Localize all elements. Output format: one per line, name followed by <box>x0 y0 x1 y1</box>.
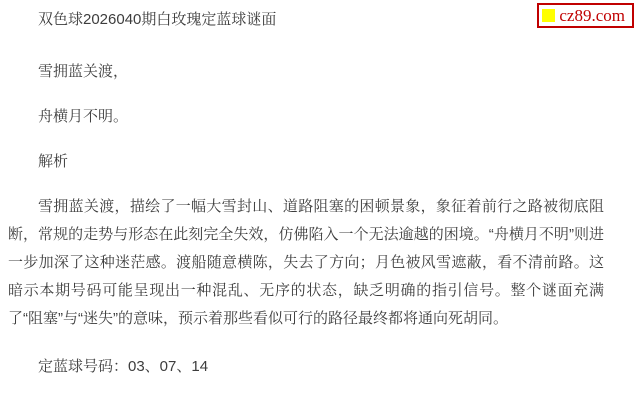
site-logo[interactable]: cz89.com <box>537 3 634 28</box>
analysis-paragraph: 雪拥蓝关渡，描绘了一幅大雪封山、道路阻塞的困顿景象，象征着前行之路被彻底阻断，常… <box>8 193 604 333</box>
riddle-line-2: 舟横月不明。 <box>8 103 604 131</box>
analysis-heading: 解析 <box>8 148 604 176</box>
article-content: 双色球2026040期白玫瑰定蓝球谜面 雪拥蓝关渡， 舟横月不明。 解析 雪拥蓝… <box>0 0 636 381</box>
article-title: 双色球2026040期白玫瑰定蓝球谜面 <box>8 6 604 34</box>
logo-square-icon <box>542 9 555 22</box>
logo-text: cz89.com <box>559 7 625 24</box>
blue-ball-numbers: 定蓝球号码：03、07、14 <box>8 353 604 381</box>
riddle-line-1: 雪拥蓝关渡， <box>8 58 604 86</box>
